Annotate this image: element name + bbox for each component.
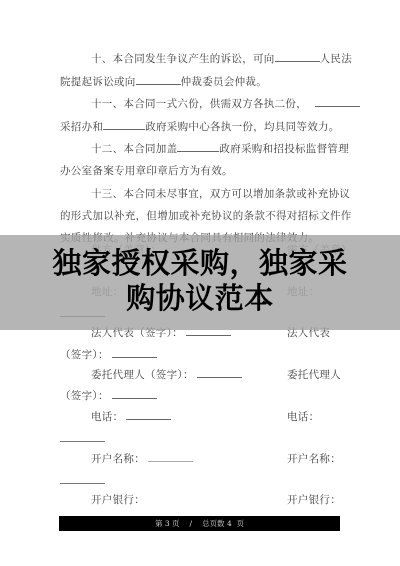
total-pages-label: 总页数 4 页 xyxy=(202,518,244,529)
fill-blank xyxy=(197,368,242,378)
fill-blank xyxy=(112,348,157,358)
clause-text: 政府采购和招投标监督管理 xyxy=(219,143,349,155)
buyer-phone: 电话： xyxy=(287,410,319,424)
clause-13-line-2: 的形式加以补充，但增加或补充协议的条款不得对招标文件作 xyxy=(60,209,352,223)
clause-text: 十一、本合同一式六份，供需双方各执二份， xyxy=(91,98,307,110)
current-page-label: 第 3 页 xyxy=(155,518,180,529)
supplier-bank: 开户银行： xyxy=(91,493,145,507)
fill-blank xyxy=(177,142,219,152)
clause-text: 十、本合同发生争议产生的诉讼，可向 xyxy=(91,53,275,65)
fill-blank xyxy=(126,410,171,420)
clause-text: 政府采购中心各执一份，均具同等效力。 xyxy=(145,121,339,133)
supplier-agent-cont: （签字）： xyxy=(60,389,157,403)
clause-text: 办公室备案专用章印章后方为有效。 xyxy=(60,165,233,177)
clause-text: 仲裁委员会仲裁。 xyxy=(181,76,267,88)
clause-11-line-1: 十一、本合同一式六份，供需双方各执二份， xyxy=(91,97,360,111)
clause-10-line-1: 十、本合同发生争议产生的诉讼，可向人民法 xyxy=(91,52,352,66)
overlay-title-line-2: 购协议范本 xyxy=(0,281,400,316)
agent-label: 委托代理人（签字）： xyxy=(91,369,194,381)
account-blank-line xyxy=(60,483,105,484)
clause-text: 十二、本合同加盖 xyxy=(91,143,177,155)
supplier-legal-rep-cont: （签字）： xyxy=(60,348,157,362)
fill-blank xyxy=(103,120,145,130)
supplier-agent: 委托代理人（签字）： xyxy=(91,368,242,382)
clause-text: 人民法 xyxy=(320,53,352,65)
clause-12-line-1: 十二、本合同加盖政府采购和招投标监督管理 xyxy=(91,142,349,156)
fill-blank xyxy=(275,52,320,62)
overlay-title-line-1: 独家授权采购，独家采 xyxy=(0,246,400,281)
clause-text: 十三、本合同未尽事宜，双方可以增加条款或补充协议 xyxy=(91,188,350,200)
fill-blank xyxy=(148,452,193,462)
supplier-phone: 电话： xyxy=(91,410,171,424)
account-name-label: 开户名称： xyxy=(91,453,145,465)
clause-12-line-2: 办公室备案专用章印章后方为有效。 xyxy=(60,164,233,178)
page-separator: / xyxy=(190,519,193,528)
fill-blank xyxy=(315,97,360,107)
buyer-bank: 开户银行： xyxy=(287,493,341,507)
supplier-account-name: 开户名称： xyxy=(91,452,193,466)
phone-blank-line xyxy=(60,441,105,442)
buyer-account-name: 开户名称： xyxy=(287,452,341,466)
clause-text: 采招办和 xyxy=(60,121,103,133)
fill-blank xyxy=(112,389,157,399)
sign-label: （签字）： xyxy=(60,349,109,361)
buyer-agent: 委托代理人 xyxy=(287,368,341,382)
sign-label: （签字）： xyxy=(60,390,109,402)
clause-13-line-1: 十三、本合同未尽事宜，双方可以增加条款或补充协议 xyxy=(91,187,350,201)
clause-text: 院提起诉讼或向 xyxy=(60,76,136,88)
page-indicator-bar: 第 3 页 / 总页数 4 页 xyxy=(59,516,340,531)
clause-11-line-2: 采招办和政府采购中心各执一份，均具同等效力。 xyxy=(60,120,340,134)
overlay-title: 独家授权采购，独家采 购协议范本 xyxy=(0,246,400,316)
phone-label: 电话： xyxy=(91,411,123,423)
fill-blank xyxy=(136,75,181,85)
clause-text: 的形式加以补充，但增加或补充协议的条款不得对招标文件作 xyxy=(60,210,352,222)
clause-10-line-2: 院提起诉讼或向仲裁委员会仲裁。 xyxy=(60,75,267,89)
